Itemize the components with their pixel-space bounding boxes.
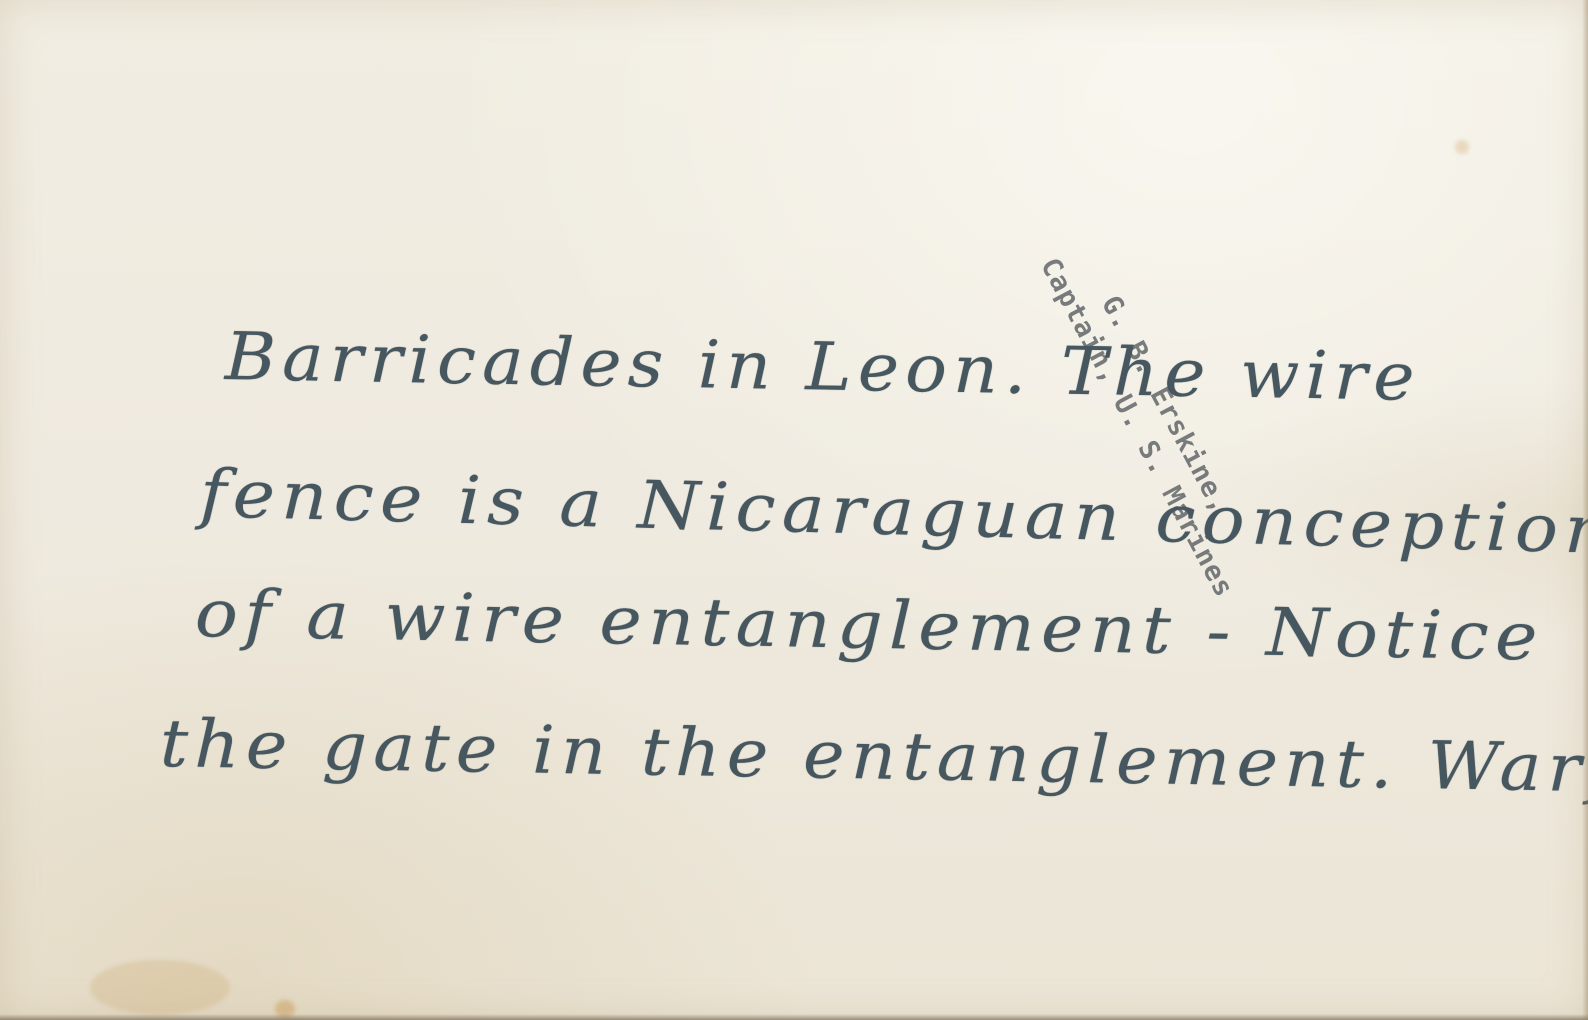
- photo-back-card: G. B. Erskine, Captain, U. S. Marines Ba…: [0, 0, 1588, 1020]
- card-right-edge: [1582, 0, 1588, 1020]
- handwritten-line-3: of a wire entanglement - Notice: [194, 575, 1544, 676]
- handwritten-line-1: Barricades in Leon. The wire: [224, 318, 1421, 416]
- handwritten-note: Barricades in Leon. The wire fence is a …: [0, 0, 1588, 1020]
- handwritten-line-2: fence is a Nicaraguan conception: [199, 455, 1588, 569]
- handwritten-line-4: the gate in the entanglement. Warfare ?: [159, 705, 1588, 811]
- card-bottom-edge: [0, 1014, 1588, 1020]
